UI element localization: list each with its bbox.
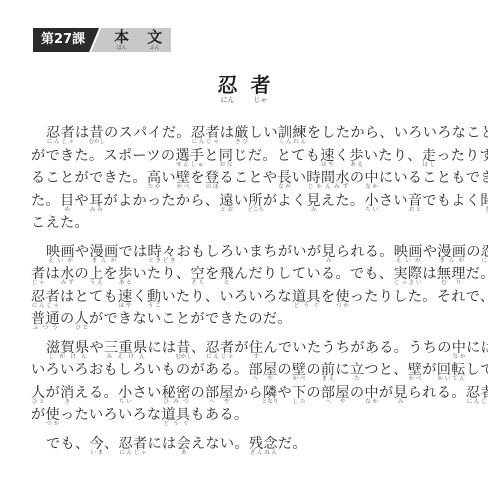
kanji-with-furigana: 見み	[321, 244, 336, 260]
kanji-with-furigana: 今いま	[89, 436, 104, 452]
kanji-with-furigana: 歩ある	[349, 148, 364, 164]
paragraph: でも、今いま、忍者にんじゃには会あえない。残念ざんねんだ。	[31, 436, 471, 459]
paragraph: 滋賀県しがけんや三重県みえけんには昔むかし、忍者にんじゃが住すんでいたうちがある…	[31, 340, 471, 430]
kanji-with-furigana: 忍者にんじゃ	[46, 125, 75, 141]
kanji-with-furigana: 下した	[292, 385, 307, 401]
kanji-with-furigana: 映画えいが	[394, 244, 423, 260]
kanji-with-furigana: 壁かべ	[408, 362, 423, 378]
kanji-with-furigana: 住す	[249, 340, 264, 356]
text-line: 映画えいがや漫画まんがでは時々ときどきおもしろいまちがいが見みられる。映画えいが…	[31, 244, 471, 267]
text-line: 者じゃは水みずの上うえを歩あるいたり、空そらを飛とんだりしている。でも、実際じっ…	[31, 266, 471, 289]
kanji-with-furigana: 高たか	[147, 170, 162, 186]
kanji-with-furigana: 小ちい	[364, 193, 379, 209]
text-line: 忍者にんじゃはとても速はやく動うごいたり、いろいろな道具どうぐを使つかったりした…	[31, 289, 471, 312]
kanji-with-furigana: 時々ときどき	[147, 244, 176, 260]
text-line: 人ひとが消きえる。小ちいさい秘密ひみつの部屋へやから隣となりや下したの部屋へやの…	[31, 385, 471, 408]
kanji-with-furigana: 普通ふつう	[31, 311, 60, 327]
lesson-number-badge: 第27課	[33, 28, 99, 52]
kanji-with-furigana: 中なか	[364, 170, 379, 186]
kanji-with-furigana: 所どころ	[248, 193, 263, 209]
text-line: ることができた。高たかい壁かべを登のぼることや長ながい時間水じかんみずの中なかに…	[31, 170, 471, 193]
kanji-with-furigana: 音おと	[408, 193, 423, 209]
kanji-with-furigana: 空そら	[190, 266, 205, 282]
kanji-with-furigana: 忍者にんじゃ	[191, 125, 220, 141]
paragraph: 映画えいがや漫画まんがでは時々ときどきおもしろいまちがいが見みられる。映画えいが…	[31, 244, 471, 334]
kanji-with-furigana: 前まえ	[321, 362, 336, 378]
kanji-with-furigana: 長なが	[277, 170, 292, 186]
kanji-with-furigana: 厳きび	[234, 125, 249, 141]
kanji-with-furigana: 使つか	[335, 289, 350, 305]
text-line: た。目めや耳みみがよかったから、遠とおい所どころがよく見みえた。小ちいさい音おと…	[31, 193, 471, 216]
kanji-with-furigana: 回転かいてん	[437, 362, 466, 378]
kanji-with-furigana: 人ひと	[31, 385, 46, 401]
kanji-with-furigana: 忍者にんじゃ	[205, 340, 234, 356]
kanji-with-furigana: 漫画まんが	[437, 244, 466, 260]
kanji-with-furigana: 選手せんしゅ	[175, 148, 204, 164]
kanji-with-furigana: 漫画まんが	[89, 244, 118, 260]
kanji-with-furigana: 部屋へや	[248, 362, 277, 378]
kanji-with-furigana: 残念ざんねん	[249, 436, 278, 452]
kanji-with-furigana: 目め	[60, 193, 75, 209]
kanji-with-furigana: 見み	[393, 385, 408, 401]
text-line: ができた。スポーツの選手せんしゅと同おなじだ。とても速はやく歩あるいたり、走はし…	[31, 148, 471, 171]
kanji-with-furigana: 隣となり	[263, 385, 278, 401]
kanji-with-furigana: 忍者にんじゃ	[31, 289, 60, 305]
kanji-with-furigana: 聞き	[480, 193, 488, 209]
kanji-with-furigana: 遠とお	[219, 193, 234, 209]
kanji-with-furigana: 道具どうぐ	[161, 407, 190, 423]
kanji-with-furigana: 耳みみ	[89, 193, 104, 209]
kanji-with-furigana: 忍者にんじゃ	[118, 436, 147, 452]
kanji-with-furigana: 水みず	[60, 266, 75, 282]
kanji-with-furigana: 歩ある	[118, 266, 133, 282]
section-char-2: 文 ぶん	[147, 28, 162, 51]
kanji-with-furigana: 映画えいが	[46, 244, 75, 260]
kanji-with-furigana: 速はや	[320, 148, 335, 164]
kanji-with-furigana: 会あ	[176, 436, 191, 452]
kanji-with-furigana: 忍者にんじゃ	[466, 385, 488, 401]
kanji-with-furigana: 訓練くんれん	[278, 125, 307, 141]
kanji-with-furigana: 小ちい	[118, 385, 133, 401]
kanji-with-furigana: 道具どうぐ	[292, 289, 321, 305]
kanji-with-furigana: 秘密ひみつ	[161, 385, 190, 401]
kanji-with-furigana: 滋賀県しがけん	[46, 340, 89, 356]
kanji-with-furigana: 走はし	[422, 148, 437, 164]
main-text-body: 忍者にんじゃは昔むかしのスパイだ。忍者にんじゃは厳きびしい訓練くんれんをしたから…	[31, 125, 471, 458]
section-char-1: 本 ほん	[114, 28, 129, 51]
kanji-with-furigana: 人ひと	[74, 311, 89, 327]
lesson-header: 第27課 本 ほん 文 ぶん	[33, 28, 171, 52]
kanji-with-furigana: 無理むり	[437, 266, 466, 282]
kanji-with-furigana: 同おな	[219, 148, 234, 164]
kanji-with-furigana: 上うえ	[89, 266, 104, 282]
kanji-with-furigana: 使つか	[46, 407, 61, 423]
text-line: いろいろおもしろいものがある。部屋へやの壁かべの前まえに立たつと、壁かべが回転か…	[31, 362, 471, 385]
kanji-with-furigana: 動うご	[147, 289, 162, 305]
kanji-with-furigana: 飛と	[219, 266, 234, 282]
kanji-with-furigana: 中なか	[364, 385, 379, 401]
kanji-with-furigana: 時間水じかんみず	[306, 170, 349, 186]
text-line: 忍者にんじゃは昔むかしのスパイだ。忍者にんじゃは厳きびしい訓練くんれんをしたから…	[31, 125, 471, 148]
kanji-with-furigana: 壁かべ	[176, 170, 191, 186]
title-char-2: 者 じゃ	[251, 74, 271, 104]
kanji-with-furigana: 者じゃ	[31, 266, 46, 282]
kanji-with-furigana: 忍にん	[481, 244, 488, 260]
kanji-with-furigana: 実際じっさい	[393, 266, 422, 282]
kanji-with-furigana: 立た	[350, 362, 365, 378]
kanji-with-furigana: 昔むかし	[176, 340, 191, 356]
section-label-badge: 本 ほん 文 ぶん	[91, 28, 171, 52]
kanji-with-furigana: 消き	[60, 385, 75, 401]
kanji-with-furigana: 中なか	[452, 340, 467, 356]
text-line: が使つかったいろいろな道具どうぐもある。	[31, 407, 471, 430]
kanji-with-furigana: 見み	[306, 193, 321, 209]
text-line: でも、今いま、忍者にんじゃには会あえない。残念ざんねんだ。	[31, 436, 471, 459]
kanji-with-furigana: 登のぼ	[205, 170, 220, 186]
text-line: こえた。	[31, 215, 471, 238]
kanji-with-furigana: 部屋へや	[205, 385, 234, 401]
kanji-with-furigana: 三重県みえけん	[104, 340, 147, 356]
text-line: 普通ふつうの人ひとができないことができたのだ。	[31, 311, 471, 334]
kanji-with-furigana: 速はや	[118, 289, 133, 305]
page-title: 忍 にん 者 じゃ	[0, 74, 488, 104]
kanji-with-furigana: 部屋へや	[321, 385, 350, 401]
paragraph: 忍者にんじゃは昔むかしのスパイだ。忍者にんじゃは厳きびしい訓練くんれんをしたから…	[31, 125, 471, 238]
kanji-with-furigana: 壁かべ	[292, 362, 307, 378]
text-line: 滋賀県しがけんや三重県みえけんには昔むかし、忍者にんじゃが住すんでいたうちがある…	[31, 340, 471, 363]
kanji-with-furigana: 昔むかし	[89, 125, 104, 141]
title-char-1: 忍 にん	[217, 74, 237, 104]
